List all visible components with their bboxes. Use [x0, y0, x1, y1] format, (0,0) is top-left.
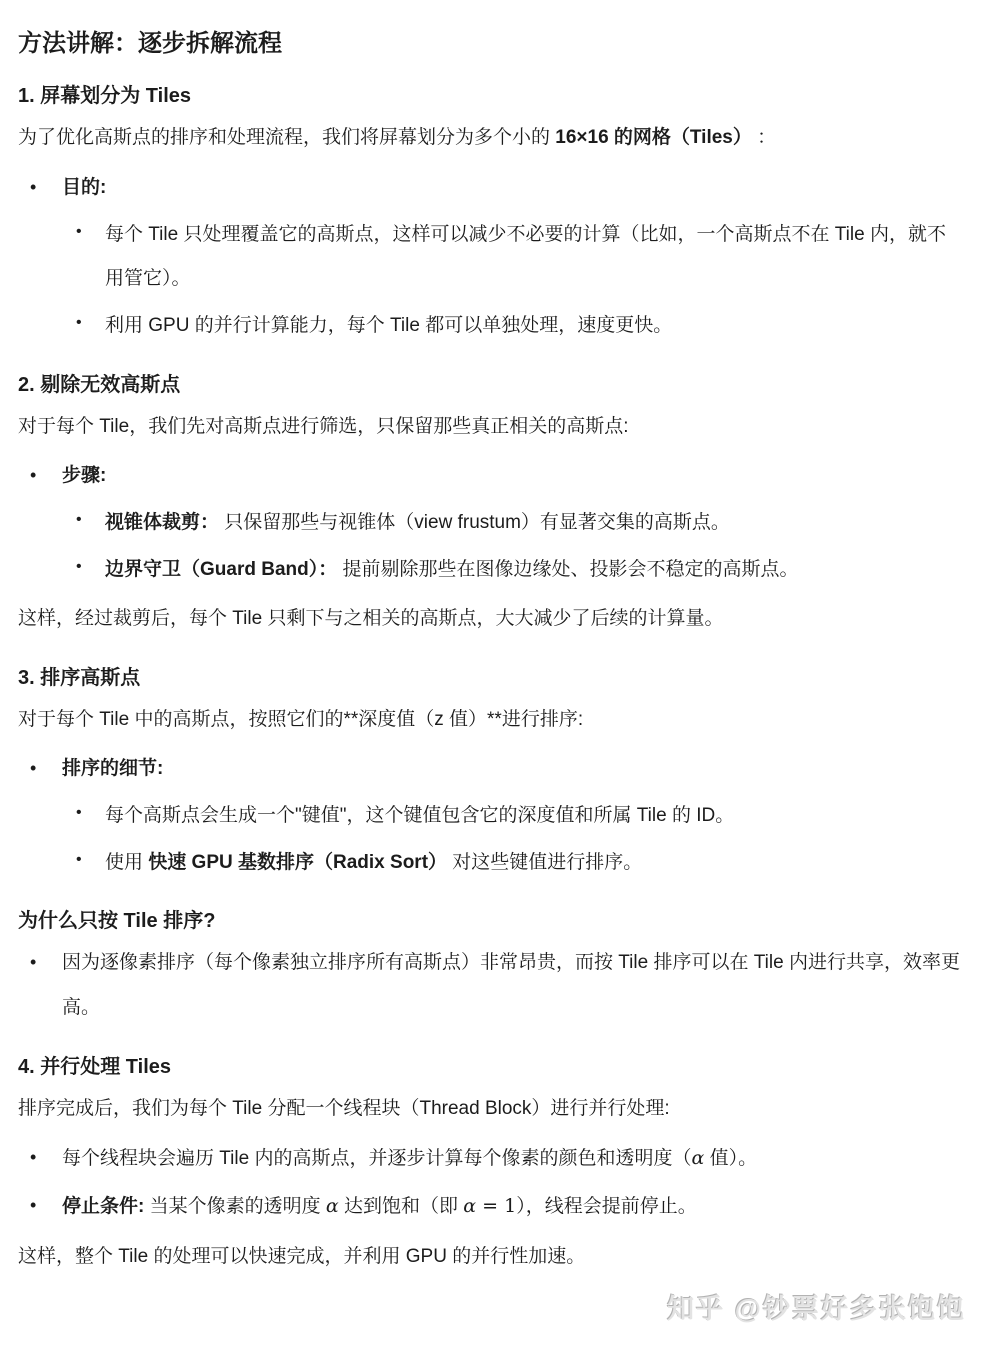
bullet-icon: • — [30, 1136, 62, 1178]
list-item: • 排序的细节: — [18, 747, 962, 792]
list-item: • 每个线程块会遍历 Tile 内的高斯点，并逐步计算每个像素的颜色和透明度（α… — [18, 1136, 962, 1182]
list-item: • 每个 Tile 只处理覆盖它的高斯点，这样可以减少不必要的计算（比如，一个高… — [18, 213, 962, 302]
step-item-2-bold: 边界守卫（Guard Band）： — [105, 559, 337, 580]
bullet-icon: • — [76, 304, 105, 342]
step-item-2-text: 提前剔除那些在图像边缘处、投影会不稳定的高斯点。 — [337, 559, 798, 580]
purpose-label-text: 目的: — [62, 177, 106, 198]
question-list: • 因为逐像素排序（每个像素独立排序所有高斯点）非常昂贵，而按 Tile 排序可… — [18, 941, 962, 1030]
stop-condition-t2: 达到饱和（即 — [339, 1196, 464, 1217]
zhihu-watermark: 知乎 @钞票好多张饱饱 — [667, 1287, 966, 1326]
section-1-intro: 为了优化高斯点的排序和处理流程，我们将屏幕划分为多个小的 16×16 的网格（T… — [18, 116, 962, 161]
section-3-intro: 对于每个 Tile 中的高斯点，按照它们的**深度值（z 值）**进行排序: — [18, 698, 962, 743]
sort-item-1: 每个高斯点会生成一个"键值"，这个键值包含它的深度值和所属 Tile 的 ID。 — [105, 794, 962, 839]
bullet-icon: • — [30, 166, 62, 208]
list-item: • 视锥体裁剪： 只保留那些与视锥体（view frustum）有显著交集的高斯… — [18, 501, 962, 546]
parallel-item-1: 每个线程块会遍历 Tile 内的高斯点，并逐步计算每个像素的颜色和透明度（α 值… — [62, 1136, 962, 1182]
list-item: • 停止条件: 当某个像素的透明度 α 达到饱和（即 α = 1），线程会提前停… — [18, 1184, 962, 1230]
purpose-label: 目的: — [62, 166, 962, 211]
alpha-symbol: α — [463, 1195, 476, 1217]
parallel-item-1-pre: 每个线程块会遍历 Tile 内的高斯点，并逐步计算每个像素的颜色和透明度（ — [62, 1148, 691, 1169]
question-item: 因为逐像素排序（每个像素独立排序所有高斯点）非常昂贵，而按 Tile 排序可以在… — [62, 941, 962, 1030]
step-item-1-text: 只保留那些与视锥体（view frustum）有显著交集的高斯点。 — [219, 512, 730, 533]
sort-item-2-bold: 快速 GPU 基数排序（Radix Sort） — [148, 852, 447, 873]
list-item: • 边界守卫（Guard Band）： 提前剔除那些在图像边缘处、投影会不稳定的… — [18, 548, 962, 593]
bullet-icon: • — [76, 548, 105, 586]
step-item-1-bold: 视锥体裁剪： — [105, 512, 219, 533]
section-3-list: • 排序的细节: • 每个高斯点会生成一个"键值"，这个键值包含它的深度值和所属… — [18, 747, 962, 885]
step-item-2: 边界守卫（Guard Band）： 提前剔除那些在图像边缘处、投影会不稳定的高斯… — [105, 548, 962, 593]
list-item: • 利用 GPU 的并行计算能力，每个 Tile 都可以单独处理，速度更快。 — [18, 304, 962, 349]
section-3-heading: 3. 排序高斯点 — [18, 663, 962, 693]
sort-item-2-pre: 使用 — [105, 852, 148, 873]
article: 方法讲解：逐步拆解流程 1. 屏幕划分为 Tiles 为了优化高斯点的排序和处理… — [0, 0, 982, 1279]
section-4-intro: 排序完成后，我们为每个 Tile 分配一个线程块（Thread Block）进行… — [18, 1087, 962, 1132]
stop-condition-t3: ），线程会提前停止。 — [516, 1196, 697, 1217]
section-4-outro: 这样，整个 Tile 的处理可以快速完成，并利用 GPU 的并行性加速。 — [18, 1235, 962, 1280]
list-item: • 使用 快速 GPU 基数排序（Radix Sort） 对这些键值进行排序。 — [18, 841, 962, 886]
section-4-heading: 4. 并行处理 Tiles — [18, 1052, 962, 1082]
sort-item-2: 使用 快速 GPU 基数排序（Radix Sort） 对这些键值进行排序。 — [105, 841, 962, 886]
bullet-icon: • — [76, 501, 105, 539]
section-2-list: • 步骤: • 视锥体裁剪： 只保留那些与视锥体（view frustum）有显… — [18, 454, 962, 592]
sort-detail-label-text: 排序的细节: — [62, 758, 163, 779]
bullet-icon: • — [30, 941, 62, 983]
section-4-list: • 每个线程块会遍历 Tile 内的高斯点，并逐步计算每个像素的颜色和透明度（α… — [18, 1136, 962, 1229]
equals-one-expression: = 1 — [476, 1195, 516, 1217]
bullet-icon: • — [30, 747, 62, 789]
alpha-symbol: α — [326, 1195, 339, 1217]
steps-label: 步骤: — [62, 454, 962, 499]
question-heading: 为什么只按 Tile 排序? — [18, 906, 962, 936]
section-1-intro-pre: 为了优化高斯点的排序和处理流程，我们将屏幕划分为多个小的 — [18, 127, 555, 148]
alpha-symbol: α — [691, 1147, 704, 1169]
section-1-intro-bold: 16×16 的网格（Tiles） — [555, 127, 752, 148]
section-1-heading: 1. 屏幕划分为 Tiles — [18, 81, 962, 111]
step-item-1: 视锥体裁剪： 只保留那些与视锥体（view frustum）有显著交集的高斯点。 — [105, 501, 962, 546]
list-item: • 每个高斯点会生成一个"键值"，这个键值包含它的深度值和所属 Tile 的 I… — [18, 794, 962, 839]
steps-label-text: 步骤: — [62, 465, 106, 486]
stop-condition-bold: 停止条件: — [62, 1196, 144, 1217]
list-item: • 因为逐像素排序（每个像素独立排序所有高斯点）非常昂贵，而按 Tile 排序可… — [18, 941, 962, 1030]
stop-condition-item: 停止条件: 当某个像素的透明度 α 达到饱和（即 α = 1），线程会提前停止。 — [62, 1184, 962, 1230]
stop-condition-t1: 当某个像素的透明度 — [144, 1196, 326, 1217]
purpose-item-2: 利用 GPU 的并行计算能力，每个 Tile 都可以单独处理，速度更快。 — [105, 304, 962, 349]
bullet-icon: • — [76, 213, 105, 251]
bullet-icon: • — [30, 454, 62, 496]
section-2-outro: 这样，经过裁剪后，每个 Tile 只剩下与之相关的高斯点，大大减少了后续的计算量… — [18, 597, 962, 642]
section-1-list: • 目的: • 每个 Tile 只处理覆盖它的高斯点，这样可以减少不必要的计算（… — [18, 166, 962, 349]
list-item: • 目的: — [18, 166, 962, 211]
sort-detail-label: 排序的细节: — [62, 747, 962, 792]
bullet-icon: • — [30, 1184, 62, 1226]
parallel-item-1-post: 值）。 — [704, 1148, 757, 1169]
sort-item-2-post: 对这些键值进行排序。 — [447, 852, 642, 873]
purpose-item-1: 每个 Tile 只处理覆盖它的高斯点，这样可以减少不必要的计算（比如，一个高斯点… — [105, 213, 962, 302]
page-title: 方法讲解：逐步拆解流程 — [18, 28, 962, 60]
section-1-intro-post: ： — [752, 127, 776, 148]
list-item: • 步骤: — [18, 454, 962, 499]
section-2-heading: 2. 剔除无效高斯点 — [18, 370, 962, 400]
bullet-icon: • — [76, 841, 105, 879]
section-2-intro: 对于每个 Tile，我们先对高斯点进行筛选，只保留那些真正相关的高斯点: — [18, 405, 962, 450]
bullet-icon: • — [76, 794, 105, 832]
